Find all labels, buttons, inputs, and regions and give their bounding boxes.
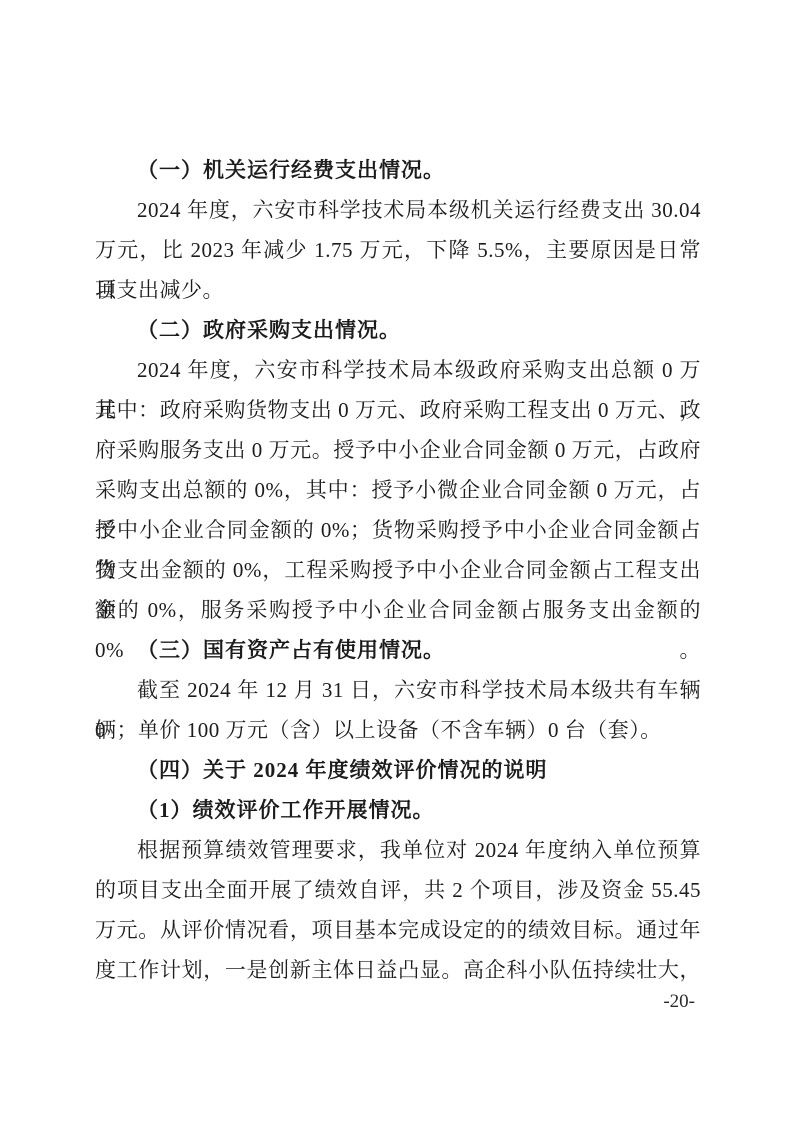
paragraph-line: 物支出金额的 0%，工程采购授予中小企业合同金额占工程支出金 [95, 550, 701, 590]
document-page: （一）机关运行经费支出情况。 2024 年度，六安市科学技术局本级机关运行经费支… [0, 0, 793, 1122]
paragraph-line: 度工作计划，一是创新主体日益凸显。高企科小队伍持续壮大， [95, 950, 701, 990]
paragraph-line: 截至 2024 年 12 月 31 日，六安市科学技术局本级共有车辆 0 [95, 670, 701, 710]
subsection-heading-1: （1）绩效评价工作开展情况。 [95, 790, 701, 830]
paragraph-line: 府采购服务支出 0 万元。授予中小企业合同金额 0 万元，占政府 [95, 430, 701, 470]
paragraph-line: 2024 年度，六安市科学技术局本级政府采购支出总额 0 万元， [95, 350, 701, 390]
paragraph-line: 其中：政府采购货物支出 0 万元、政府采购工程支出 0 万元、政 [95, 390, 701, 430]
paragraph-line: 额的 0%，服务采购授予中小企业合同金额占服务支出金额的 0%。 [95, 590, 701, 630]
paragraph-line: 予中小企业合同金额的 0%；货物采购授予中小企业合同金额占货 [95, 510, 701, 550]
paragraph-line: 2024 年度，六安市科学技术局本级机关运行经费支出 30.04 [95, 190, 701, 230]
paragraph-line: 万元，比 2023 年减少 1.75 万元，下降 5.5%，主要原因是日常项 [95, 230, 701, 270]
section-heading-4: （四）关于 2024 年度绩效评价情况的说明 [95, 750, 701, 790]
paragraph-line: 万元。从评价情况看，项目基本完成设定的的绩效目标。通过年 [95, 910, 701, 950]
paragraph-line: 根据预算绩效管理要求，我单位对 2024 年度纳入单位预算 [95, 830, 701, 870]
section-heading-2: （二）政府采购支出情况。 [95, 310, 701, 350]
section-heading-1: （一）机关运行经费支出情况。 [95, 150, 701, 190]
paragraph-line: 辆；单价 100 万元（含）以上设备（不含车辆）0 台（套）。 [95, 710, 701, 750]
document-body: （一）机关运行经费支出情况。 2024 年度，六安市科学技术局本级机关运行经费支… [95, 150, 701, 990]
paragraph-line: 目支出减少。 [95, 270, 701, 310]
paragraph-line: 采购支出总额的 0%，其中：授予小微企业合同金额 0 万元，占授 [95, 470, 701, 510]
page-number: -20- [663, 990, 695, 1014]
paragraph-line: 的项目支出全面开展了绩效自评，共 2 个项目，涉及资金 55.45 [95, 870, 701, 910]
